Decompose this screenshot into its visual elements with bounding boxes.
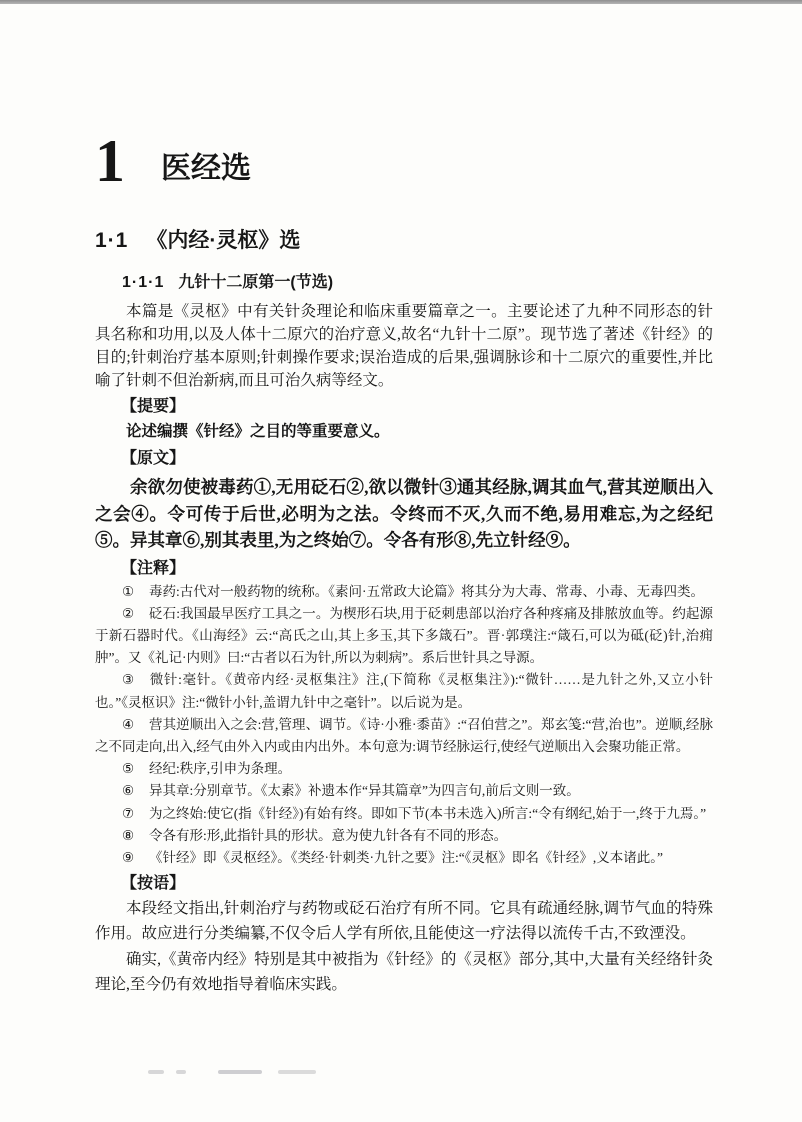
subsection-title: 九针十二原第一(节选) bbox=[178, 274, 333, 291]
note-text: 令各有形:形,此指针具的形状。意为使九针各有不同的形态。 bbox=[149, 828, 507, 843]
chapter-title: 医经选 bbox=[161, 143, 251, 190]
note-item-1: ①毒药:古代对一般药物的统称。《素问·五常政大论篇》将其分为大毒、常毒、小毒、无… bbox=[95, 581, 713, 603]
note-text: 经纪:秩序,引申为条理。 bbox=[149, 761, 291, 776]
subsection-heading: 1·1·1九针十二原第一(节选) bbox=[122, 269, 713, 292]
scanned-book-page: 1 医经选 1·1《内经·灵枢》选 1·1·1九针十二原第一(节选) 本篇是《灵… bbox=[0, 0, 802, 1122]
note-text: 异其章:分别章节。《太素》补遗本作“异其篇章”为四言句,前后文则一致。 bbox=[149, 783, 580, 798]
note-text: 营其逆顺出入之会:营,管理、调节。《诗·小雅·黍苗》:“召伯营之”。郑玄笺:“营… bbox=[95, 717, 713, 754]
note-text: 为之终始:使它(指《针经》)有始有终。即如下节(本书未选入)所言:“令有纲纪,始… bbox=[149, 806, 706, 821]
print-through-smudge bbox=[148, 1070, 164, 1074]
note-number: ⑧ bbox=[122, 828, 134, 843]
note-item-7: ⑦为之终始:使它(指《针经》)有始有终。即如下节(本书未选入)所言:“令有纲纪,… bbox=[95, 803, 713, 825]
note-item-9: ⑨《针经》即《灵枢经》。《类经·针刺类·九针之要》注:“《灵枢》即名《针经》,义… bbox=[95, 847, 713, 869]
anyu-label: 【按语】 bbox=[95, 872, 713, 896]
zhushi-label: 【注释】 bbox=[95, 557, 713, 581]
scan-top-edge bbox=[0, 0, 802, 4]
page-content: 1 医经选 1·1《内经·灵枢》选 1·1·1九针十二原第一(节选) 本篇是《灵… bbox=[95, 126, 713, 997]
note-number: ④ bbox=[122, 717, 134, 732]
print-through-smudge bbox=[278, 1070, 316, 1074]
note-item-3: ③微针:毫针。《黄帝内经·灵枢集注》注,(下简称《灵枢集注》):“微针……是九针… bbox=[95, 669, 713, 713]
note-number: ⑤ bbox=[122, 761, 134, 776]
chapter-heading: 1 医经选 bbox=[95, 126, 713, 190]
anyu-paragraph-1: 本段经文指出,针刺治疗与药物或砭石治疗有所不同。它具有疏通经脉,调节气血的特殊作… bbox=[95, 896, 713, 946]
tiyao-label: 【提要】 bbox=[95, 395, 713, 419]
chapter-number: 1 bbox=[95, 133, 123, 190]
note-number: ② bbox=[122, 606, 134, 621]
note-item-6: ⑥异其章:分别章节。《太素》补遗本作“异其篇章”为四言句,前后文则一致。 bbox=[95, 780, 713, 802]
note-text: 《针经》即《灵枢经》。《类经·针刺类·九针之要》注:“《灵枢》即名《针经》,义本… bbox=[149, 850, 663, 865]
print-through-smudge bbox=[218, 1070, 262, 1074]
yuanwen-label: 【原文】 bbox=[95, 447, 713, 471]
tiyao-text: 论述编撰《针经》之目的等重要意义。 bbox=[95, 420, 713, 444]
note-number: ① bbox=[122, 584, 134, 599]
note-number: ⑨ bbox=[122, 850, 134, 865]
note-number: ⑦ bbox=[122, 806, 134, 821]
anyu-paragraph-2: 确实,《黄帝内经》特别是其中被指为《针经》的《灵枢》部分,其中,大量有关经络针灸… bbox=[95, 947, 713, 997]
note-number: ⑥ bbox=[122, 783, 134, 798]
yuanwen-text: 余欲勿使被毒药①,无用砭石②,欲以微针③通其经脉,调其血气,营其逆顺出入之会④。… bbox=[95, 474, 713, 554]
subsection-number: 1·1·1 bbox=[122, 274, 164, 291]
note-item-8: ⑧令各有形:形,此指针具的形状。意为使九针各有不同的形态。 bbox=[95, 825, 713, 847]
note-item-5: ⑤经纪:秩序,引申为条理。 bbox=[95, 758, 713, 780]
note-text: 毒药:古代对一般药物的统称。《素问·五常政大论篇》将其分为大毒、常毒、小毒、无毒… bbox=[149, 584, 704, 599]
print-through-smudge bbox=[176, 1070, 186, 1074]
note-text: 砭石:我国最早医疗工具之一。为楔形石块,用于砭刺患部以治疗各种疼痛及排脓放血等。… bbox=[95, 606, 713, 665]
section-number: 1·1 bbox=[95, 229, 128, 252]
note-item-4: ④营其逆顺出入之会:营,管理、调节。《诗·小雅·黍苗》:“召伯营之”。郑玄笺:“… bbox=[95, 714, 713, 758]
note-text: 微针:毫针。《黄帝内经·灵枢集注》注,(下简称《灵枢集注》):“微针……是九针之… bbox=[95, 672, 713, 709]
note-item-2: ②砭石:我国最早医疗工具之一。为楔形石块,用于砭刺患部以治疗各种疼痛及排脓放血等… bbox=[95, 603, 713, 670]
intro-paragraph: 本篇是《灵枢》中有关针灸理论和临床重要篇章之一。主要论述了九种不同形态的针具名称… bbox=[95, 300, 713, 392]
section-title: 《内经·灵枢》选 bbox=[146, 229, 300, 252]
section-heading: 1·1《内经·灵枢》选 bbox=[95, 224, 713, 254]
note-number: ③ bbox=[122, 672, 135, 687]
